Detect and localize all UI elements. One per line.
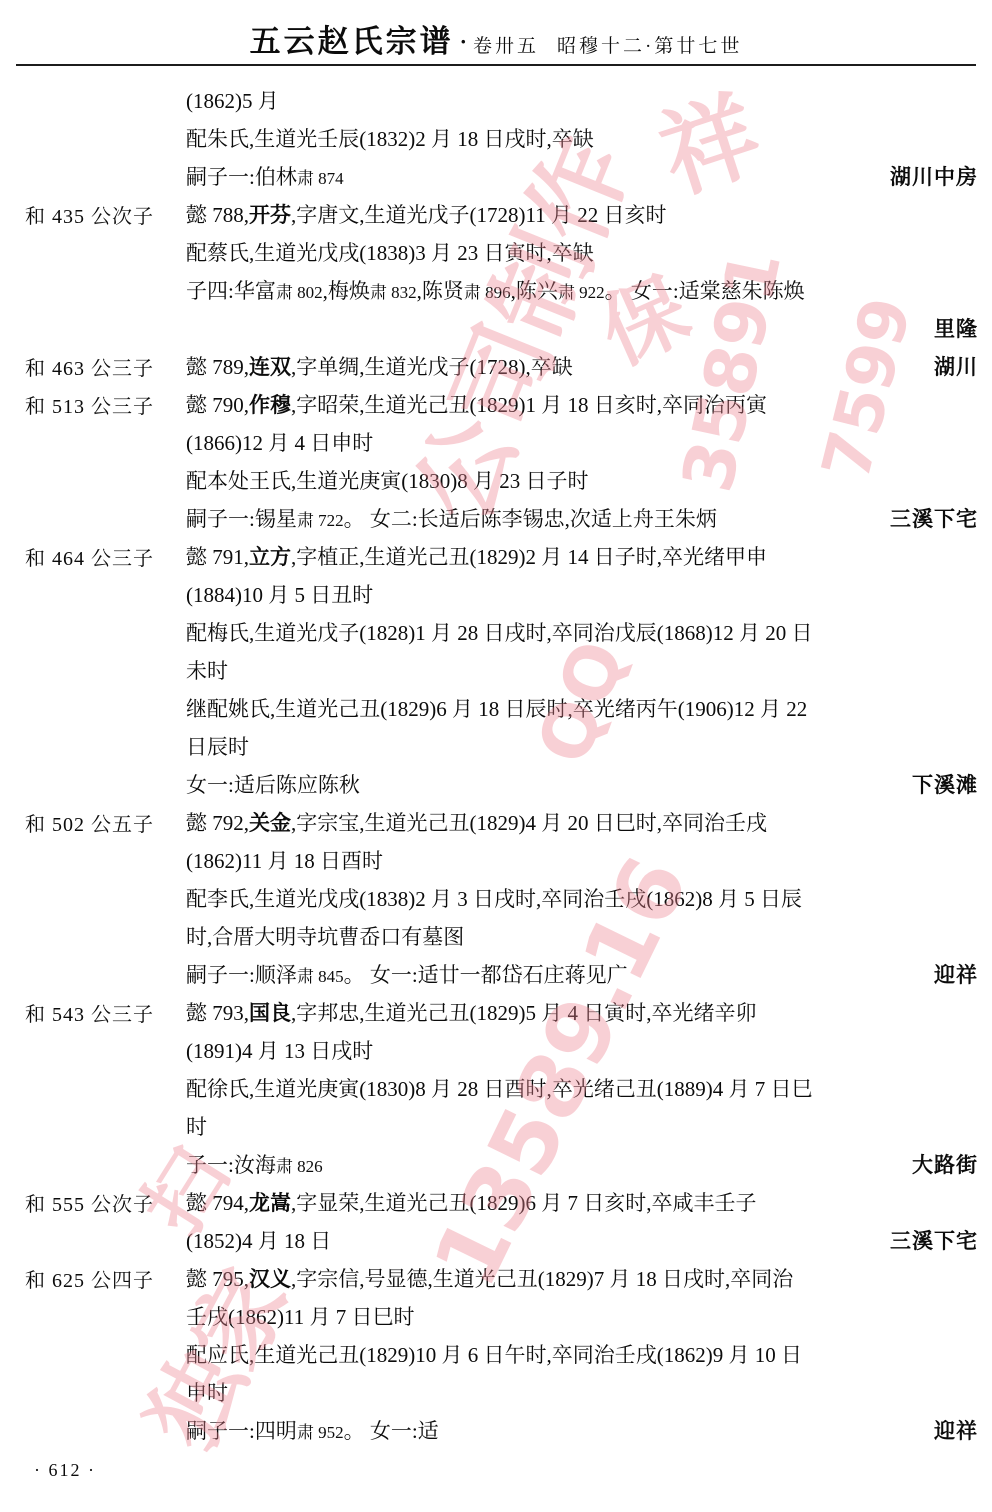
residence-label: 里隆 — [934, 313, 978, 343]
genealogy-row: 嗣子一:顺泽肃 845。 女一:适廿一都岱石庄蒋见广迎祥 — [0, 955, 992, 993]
genealogy-row: 继配姚氏,生道光己丑(1829)6 月 18 日辰时,卒光绪丙午(1906)12… — [0, 689, 992, 727]
genealogy-page: 祥保公司制作759935891QQ13589.16独家扫 五云赵氏宗谱·卷卅五昭… — [0, 0, 992, 1512]
entry-text: (1862)5 月 — [186, 85, 978, 115]
genealogy-row: 和 513 公三子懿 790,作穆,字昭荣,生道光己丑(1829)1 月 18 … — [0, 385, 992, 423]
genealogy-row: 配李氏,生道光戊戌(1838)2 月 3 日戌时,卒同治壬戌(1862)8 月 … — [0, 879, 992, 917]
entry-text: 配徐氏,生道光庚寅(1830)8 月 28 日酉时,卒光绪己丑(1889)4 月… — [186, 1073, 978, 1103]
genealogy-row: 和 625 公四子懿 795,汉义,字宗信,号显德,生道光己丑(1829)7 月… — [0, 1259, 992, 1297]
generation-label: 和 555 公次子 — [25, 1188, 186, 1217]
entry-text: 懿 792,关金,字宗宝,生道光己丑(1829)4 月 20 日巳时,卒同治壬戌 — [186, 807, 978, 837]
entry-text: (1891)4 月 13 日戌时 — [186, 1035, 978, 1065]
genealogy-row: 壬戌(1862)11 月 7 日巳时 — [0, 1297, 992, 1335]
entry-text: 嗣子一:伯林肃 874 — [186, 161, 890, 191]
entry-text: 嗣子一:锡星肃 722。 女二:长适后陈李锡忠,次适上舟王朱炳 — [186, 503, 890, 533]
generation-label: 和 543 公三子 — [25, 998, 186, 1027]
genealogy-row: 时 — [0, 1107, 992, 1145]
volume-label: 卷卅五 — [473, 36, 539, 57]
entry-text: 懿 793,国良,字邦忠,生道光己丑(1829)5 月 4 日寅时,卒光绪辛卯 — [186, 997, 978, 1027]
residence-label: 迎祥 — [934, 1415, 978, 1445]
entry-text: 配蔡氏,生道光戊戌(1838)3 月 23 日寅时,卒缺 — [186, 237, 978, 267]
genealogy-row: 配蔡氏,生道光戊戌(1838)3 月 23 日寅时,卒缺 — [0, 233, 992, 271]
entry-text: 配梅氏,生道光戊子(1828)1 月 28 日戌时,卒同治戊辰(1868)12 … — [186, 617, 978, 647]
entry-text: (1852)4 月 18 日 — [186, 1225, 890, 1255]
genealogy-row: 时,合厝大明寺坑曹岙口有墓图 — [0, 917, 992, 955]
entry-text: 嗣子一:四明肃 952。 女一:适 — [186, 1415, 934, 1445]
section-label: 昭穆十二·第廿七世 — [557, 36, 742, 57]
header-rule — [16, 64, 976, 66]
genealogy-row: (1866)12 月 4 日申时 — [0, 423, 992, 461]
entry-text: 懿 791,立方,字植正,生道光己丑(1829)2 月 14 日子时,卒光绪甲申 — [186, 541, 978, 571]
entry-text: 懿 789,连双,字单绸,生道光戊子(1728),卒缺 — [186, 351, 934, 381]
entry-text: (1866)12 月 4 日申时 — [186, 427, 978, 457]
book-title: 五云赵氏宗谱 — [250, 24, 454, 59]
entry-text: 配朱氏,生道光壬辰(1832)2 月 18 日戌时,卒缺 — [186, 123, 978, 153]
entry-text: 壬戌(1862)11 月 7 日巳时 — [186, 1301, 978, 1331]
genealogy-row: 和 502 公五子懿 792,关金,字宗宝,生道光己丑(1829)4 月 20 … — [0, 803, 992, 841]
entry-text: 女一:适后陈应陈秋 — [186, 769, 912, 799]
genealogy-row: 嗣子一:四明肃 952。 女一:适迎祥 — [0, 1411, 992, 1449]
genealogy-row: (1891)4 月 13 日戌时 — [0, 1031, 992, 1069]
genealogy-row: (1862)11 月 18 日酉时 — [0, 841, 992, 879]
generation-label: 和 502 公五子 — [25, 808, 186, 837]
genealogy-row: 配朱氏,生道光壬辰(1832)2 月 18 日戌时,卒缺 — [0, 119, 992, 157]
entry-text: 时,合厝大明寺坑曹岙口有墓图 — [186, 921, 978, 951]
title-separator-dot: · — [460, 29, 467, 54]
residence-label: 三溪下宅 — [890, 503, 978, 533]
genealogy-row: 和 464 公三子懿 791,立方,字植正,生道光己丑(1829)2 月 14 … — [0, 537, 992, 575]
entry-text: 配李氏,生道光戊戌(1838)2 月 3 日戌时,卒同治壬戌(1862)8 月 … — [186, 883, 978, 913]
entry-text: 懿 794,龙嵩,字显荣,生道光己丑(1829)6 月 7 日亥时,卒咸丰壬子 — [186, 1187, 978, 1217]
entry-text: 子四:华富肃 802,梅焕肃 832,陈贤肃 896,陈兴肃 922。 女一:适… — [186, 275, 978, 305]
generation-label: 和 464 公三子 — [25, 542, 186, 571]
genealogy-row: 嗣子一:锡星肃 722。 女二:长适后陈李锡忠,次适上舟王朱炳三溪下宅 — [0, 499, 992, 537]
genealogy-row: 和 555 公次子懿 794,龙嵩,字显荣,生道光己丑(1829)6 月 7 日… — [0, 1183, 992, 1221]
entry-text: 懿 790,作穆,字昭荣,生道光己丑(1829)1 月 18 日亥时,卒同治丙寅 — [186, 389, 978, 419]
residence-label: 三溪下宅 — [890, 1225, 978, 1255]
genealogy-entries: (1862)5 月配朱氏,生道光壬辰(1832)2 月 18 日戌时,卒缺嗣子一… — [0, 81, 992, 1449]
entry-text: 懿 788,开芬,字唐文,生道光戊子(1728)11 月 22 日亥时 — [186, 199, 978, 229]
genealogy-row: 申时 — [0, 1373, 992, 1411]
entry-text: 子一:汝海肃 826 — [186, 1149, 912, 1179]
residence-label: 湖川 — [934, 351, 978, 381]
genealogy-row: 里隆 — [0, 309, 992, 347]
entry-text: 申时 — [186, 1377, 978, 1407]
entry-text: (1884)10 月 5 日丑时 — [186, 579, 978, 609]
generation-label: 和 625 公四子 — [25, 1264, 186, 1293]
entry-text: 配本处王氏,生道光庚寅(1830)8 月 23 日子时 — [186, 465, 978, 495]
genealogy-row: 嗣子一:伯林肃 874湖川中房 — [0, 157, 992, 195]
entry-text: (1862)11 月 18 日酉时 — [186, 845, 978, 875]
entry-text: 时 — [186, 1111, 978, 1141]
entry-text: 配应氏,生道光己丑(1829)10 月 6 日午时,卒同治壬戌(1862)9 月… — [186, 1339, 978, 1369]
genealogy-row: 子四:华富肃 802,梅焕肃 832,陈贤肃 896,陈兴肃 922。 女一:适… — [0, 271, 992, 309]
genealogy-row: 配徐氏,生道光庚寅(1830)8 月 28 日酉时,卒光绪己丑(1889)4 月… — [0, 1069, 992, 1107]
entry-text: 未时 — [186, 655, 978, 685]
genealogy-row: 配梅氏,生道光戊子(1828)1 月 28 日戌时,卒同治戊辰(1868)12 … — [0, 613, 992, 651]
genealogy-row: 和 463 公三子懿 789,连双,字单绸,生道光戊子(1728),卒缺湖川 — [0, 347, 992, 385]
genealogy-row: 配本处王氏,生道光庚寅(1830)8 月 23 日子时 — [0, 461, 992, 499]
page-number: · 612 · — [34, 1460, 96, 1480]
residence-label: 下溪滩 — [912, 769, 978, 799]
genealogy-row: 女一:适后陈应陈秋下溪滩 — [0, 765, 992, 803]
genealogy-row: 和 543 公三子懿 793,国良,字邦忠,生道光己丑(1829)5 月 4 日… — [0, 993, 992, 1031]
generation-label: 和 463 公三子 — [25, 352, 186, 381]
genealogy-row: 日辰时 — [0, 727, 992, 765]
entry-text: 继配姚氏,生道光己丑(1829)6 月 18 日辰时,卒光绪丙午(1906)12… — [186, 693, 978, 723]
genealogy-row: (1852)4 月 18 日三溪下宅 — [0, 1221, 992, 1259]
genealogy-row: 子一:汝海肃 826大路街 — [0, 1145, 992, 1183]
genealogy-row: (1884)10 月 5 日丑时 — [0, 575, 992, 613]
genealogy-row: (1862)5 月 — [0, 81, 992, 119]
genealogy-row: 配应氏,生道光己丑(1829)10 月 6 日午时,卒同治壬戌(1862)9 月… — [0, 1335, 992, 1373]
page-footer: · 612 · — [34, 1460, 96, 1481]
entry-text: 日辰时 — [186, 731, 978, 761]
residence-label: 迎祥 — [934, 959, 978, 989]
generation-label: 和 435 公次子 — [25, 200, 186, 229]
entry-text: 懿 795,汉义,字宗信,号显德,生道光己丑(1829)7 月 18 日戌时,卒… — [186, 1263, 978, 1293]
page-header: 五云赵氏宗谱·卷卅五昭穆十二·第廿七世 — [0, 0, 992, 62]
genealogy-row: 和 435 公次子懿 788,开芬,字唐文,生道光戊子(1728)11 月 22… — [0, 195, 992, 233]
genealogy-row: 未时 — [0, 651, 992, 689]
generation-label: 和 513 公三子 — [25, 390, 186, 419]
entry-text: 嗣子一:顺泽肃 845。 女一:适廿一都岱石庄蒋见广 — [186, 959, 934, 989]
residence-label: 大路街 — [912, 1149, 978, 1179]
residence-label: 湖川中房 — [890, 161, 978, 191]
